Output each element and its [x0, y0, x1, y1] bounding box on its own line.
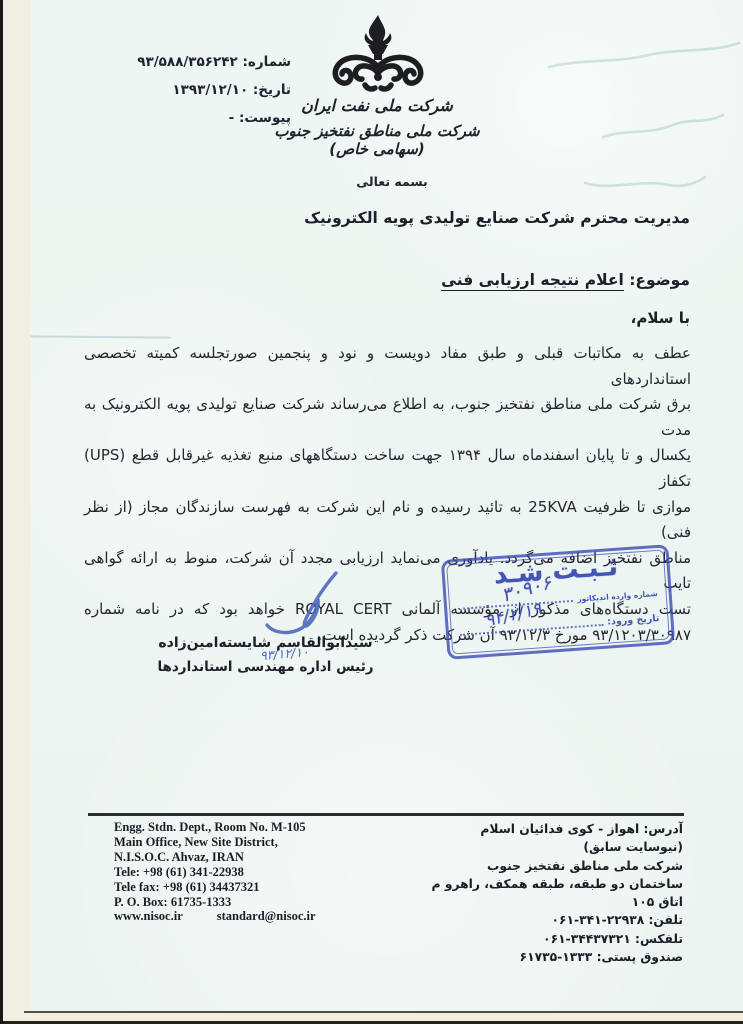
- footer-en-line: P. O. Box: 61735-1333: [114, 895, 434, 910]
- letter-attachment-value: -: [229, 110, 235, 126]
- letter-number-value: ۹۳/۵۸۸/۳۵۶۲۴۲: [137, 54, 238, 70]
- letter-meta-block: شماره: ۹۳/۵۸۸/۳۵۶۲۴۲ تاریخ: ۱۳۹۳/۱۲/۱۰ پ…: [75, 48, 291, 132]
- subject-text: اعلام نتیجه ارزیابی فنی: [441, 271, 624, 291]
- footer-fa-pobox-label: صندوق پستی:: [597, 950, 683, 964]
- footer-english-block: Engg. Stdn. Dept., Room No. M-105 Main O…: [114, 820, 434, 924]
- footer-fa-pobox-value: ۶۱۷۳۵-۱۳۳۳: [520, 950, 593, 964]
- footer-persian-block: آدرس: اهواز - کوی فدائیان اسلام (نیوسایت…: [425, 820, 683, 966]
- salutation: با سلام،: [520, 309, 690, 327]
- nioc-flame-emblem-icon: [328, 13, 428, 97]
- footer-email: standard@nisoc.ir: [217, 909, 316, 924]
- footer-en-line: Main Office, New Site District,: [114, 835, 434, 850]
- org-parent-name: شرکت ملی نفت ایران: [277, 96, 477, 115]
- scanned-letter-page: شماره: ۹۳/۵۸۸/۳۵۶۲۴۲ تاریخ: ۱۳۹۳/۱۲/۱۰ پ…: [0, 0, 743, 1024]
- registration-stamp: ثـبـت شـد شماره وارده اندیکاتور تاریخ ور…: [441, 544, 675, 660]
- letter-date-row: تاریخ: ۱۳۹۳/۱۲/۱۰: [75, 76, 291, 104]
- footer-fa-phone-value: ۰۶۱-۳۴۱-۲۲۹۳۸: [551, 913, 644, 927]
- footer-fa-phone-label: تلفن:: [649, 913, 683, 927]
- body-line: برق شرکت ملی مناطق نفتخیز جنوب، به اطلاع…: [84, 392, 691, 443]
- signer-name: سیدابوالقاسم شایسته‌امین‌زاده: [138, 635, 393, 651]
- footer-en-line: Tele fax: +98 (61) 34437321: [114, 880, 434, 895]
- letter-number-row: شماره: ۹۳/۵۸۸/۳۵۶۲۴۲: [75, 48, 291, 76]
- letter-number-label: شماره:: [242, 54, 291, 70]
- footer-fa-pobox-row: صندوق پستی: ۶۱۷۳۵-۱۳۳۳: [425, 948, 683, 966]
- subject-label: موضوع:: [629, 271, 690, 289]
- body-line: موازی تا ظرفیت 25KVA به تائید رسیده و نا…: [84, 495, 691, 546]
- footer-website: www.nisoc.ir: [114, 909, 183, 924]
- footer-fa-address3: ساختمان دو طبقه، طبقه همکف، راهرو م اتاق…: [425, 875, 683, 912]
- footer-en-line: N.I.S.O.C. Ahvaz, IRAN: [114, 850, 434, 865]
- footer-fa-fax-label: تلفکس:: [635, 932, 683, 946]
- footer-fa-address1: آدرس: اهواز - کوی فدائیان اسلام (نیوسایت…: [425, 820, 683, 857]
- footer-fa-fax-row: تلفکس: ۰۶۱-۳۴۴۳۷۳۲۱: [425, 930, 683, 948]
- subject-line: موضوع: اعلام نتیجه ارزیابی فنی: [290, 271, 690, 289]
- besmele-text: بسمه تعالی: [342, 174, 442, 189]
- footer-fa-fax-value: ۰۶۱-۳۴۴۳۷۳۲۱: [543, 932, 631, 946]
- body-line: عطف به مکاتبات قبلی و طبق مفاد دویست و ن…: [84, 341, 691, 392]
- footer-fa-address2: شرکت ملی مناطق نفتخیز جنوب: [425, 857, 683, 875]
- footer-en-line: Tele: +98 (61) 341-22938: [114, 865, 434, 880]
- footer-en-web-line: www.nisoc.ir standard@nisoc.ir: [114, 909, 434, 924]
- footer-divider-line: [88, 813, 684, 816]
- handwritten-signature-icon: [258, 569, 358, 637]
- recipient-line: مدیریت محترم شرکت صنایع تولیدی پویه الکت…: [200, 209, 690, 227]
- footer-en-line: Engg. Stdn. Dept., Room No. M-105: [114, 820, 434, 835]
- footer-fa-phone-row: تلفن: ۰۶۱-۳۴۱-۲۲۹۳۸: [425, 911, 683, 929]
- letter-date-value: ۱۳۹۳/۱۲/۱۰: [172, 82, 248, 98]
- signer-title: رئیس اداره مهندسی استانداردها: [138, 659, 393, 675]
- body-line: یکسال و تا پایان اسفندماه سال ۱۳۹۴ جهت س…: [84, 443, 691, 494]
- org-name: شرکت ملی مناطق نفتخیز جنوب (سهامی خاص): [247, 122, 507, 158]
- scan-edge-left: [0, 0, 3, 1024]
- scan-edge-bottom-line: [24, 1011, 743, 1013]
- ink-bleedthrough-marks: [545, 15, 743, 210]
